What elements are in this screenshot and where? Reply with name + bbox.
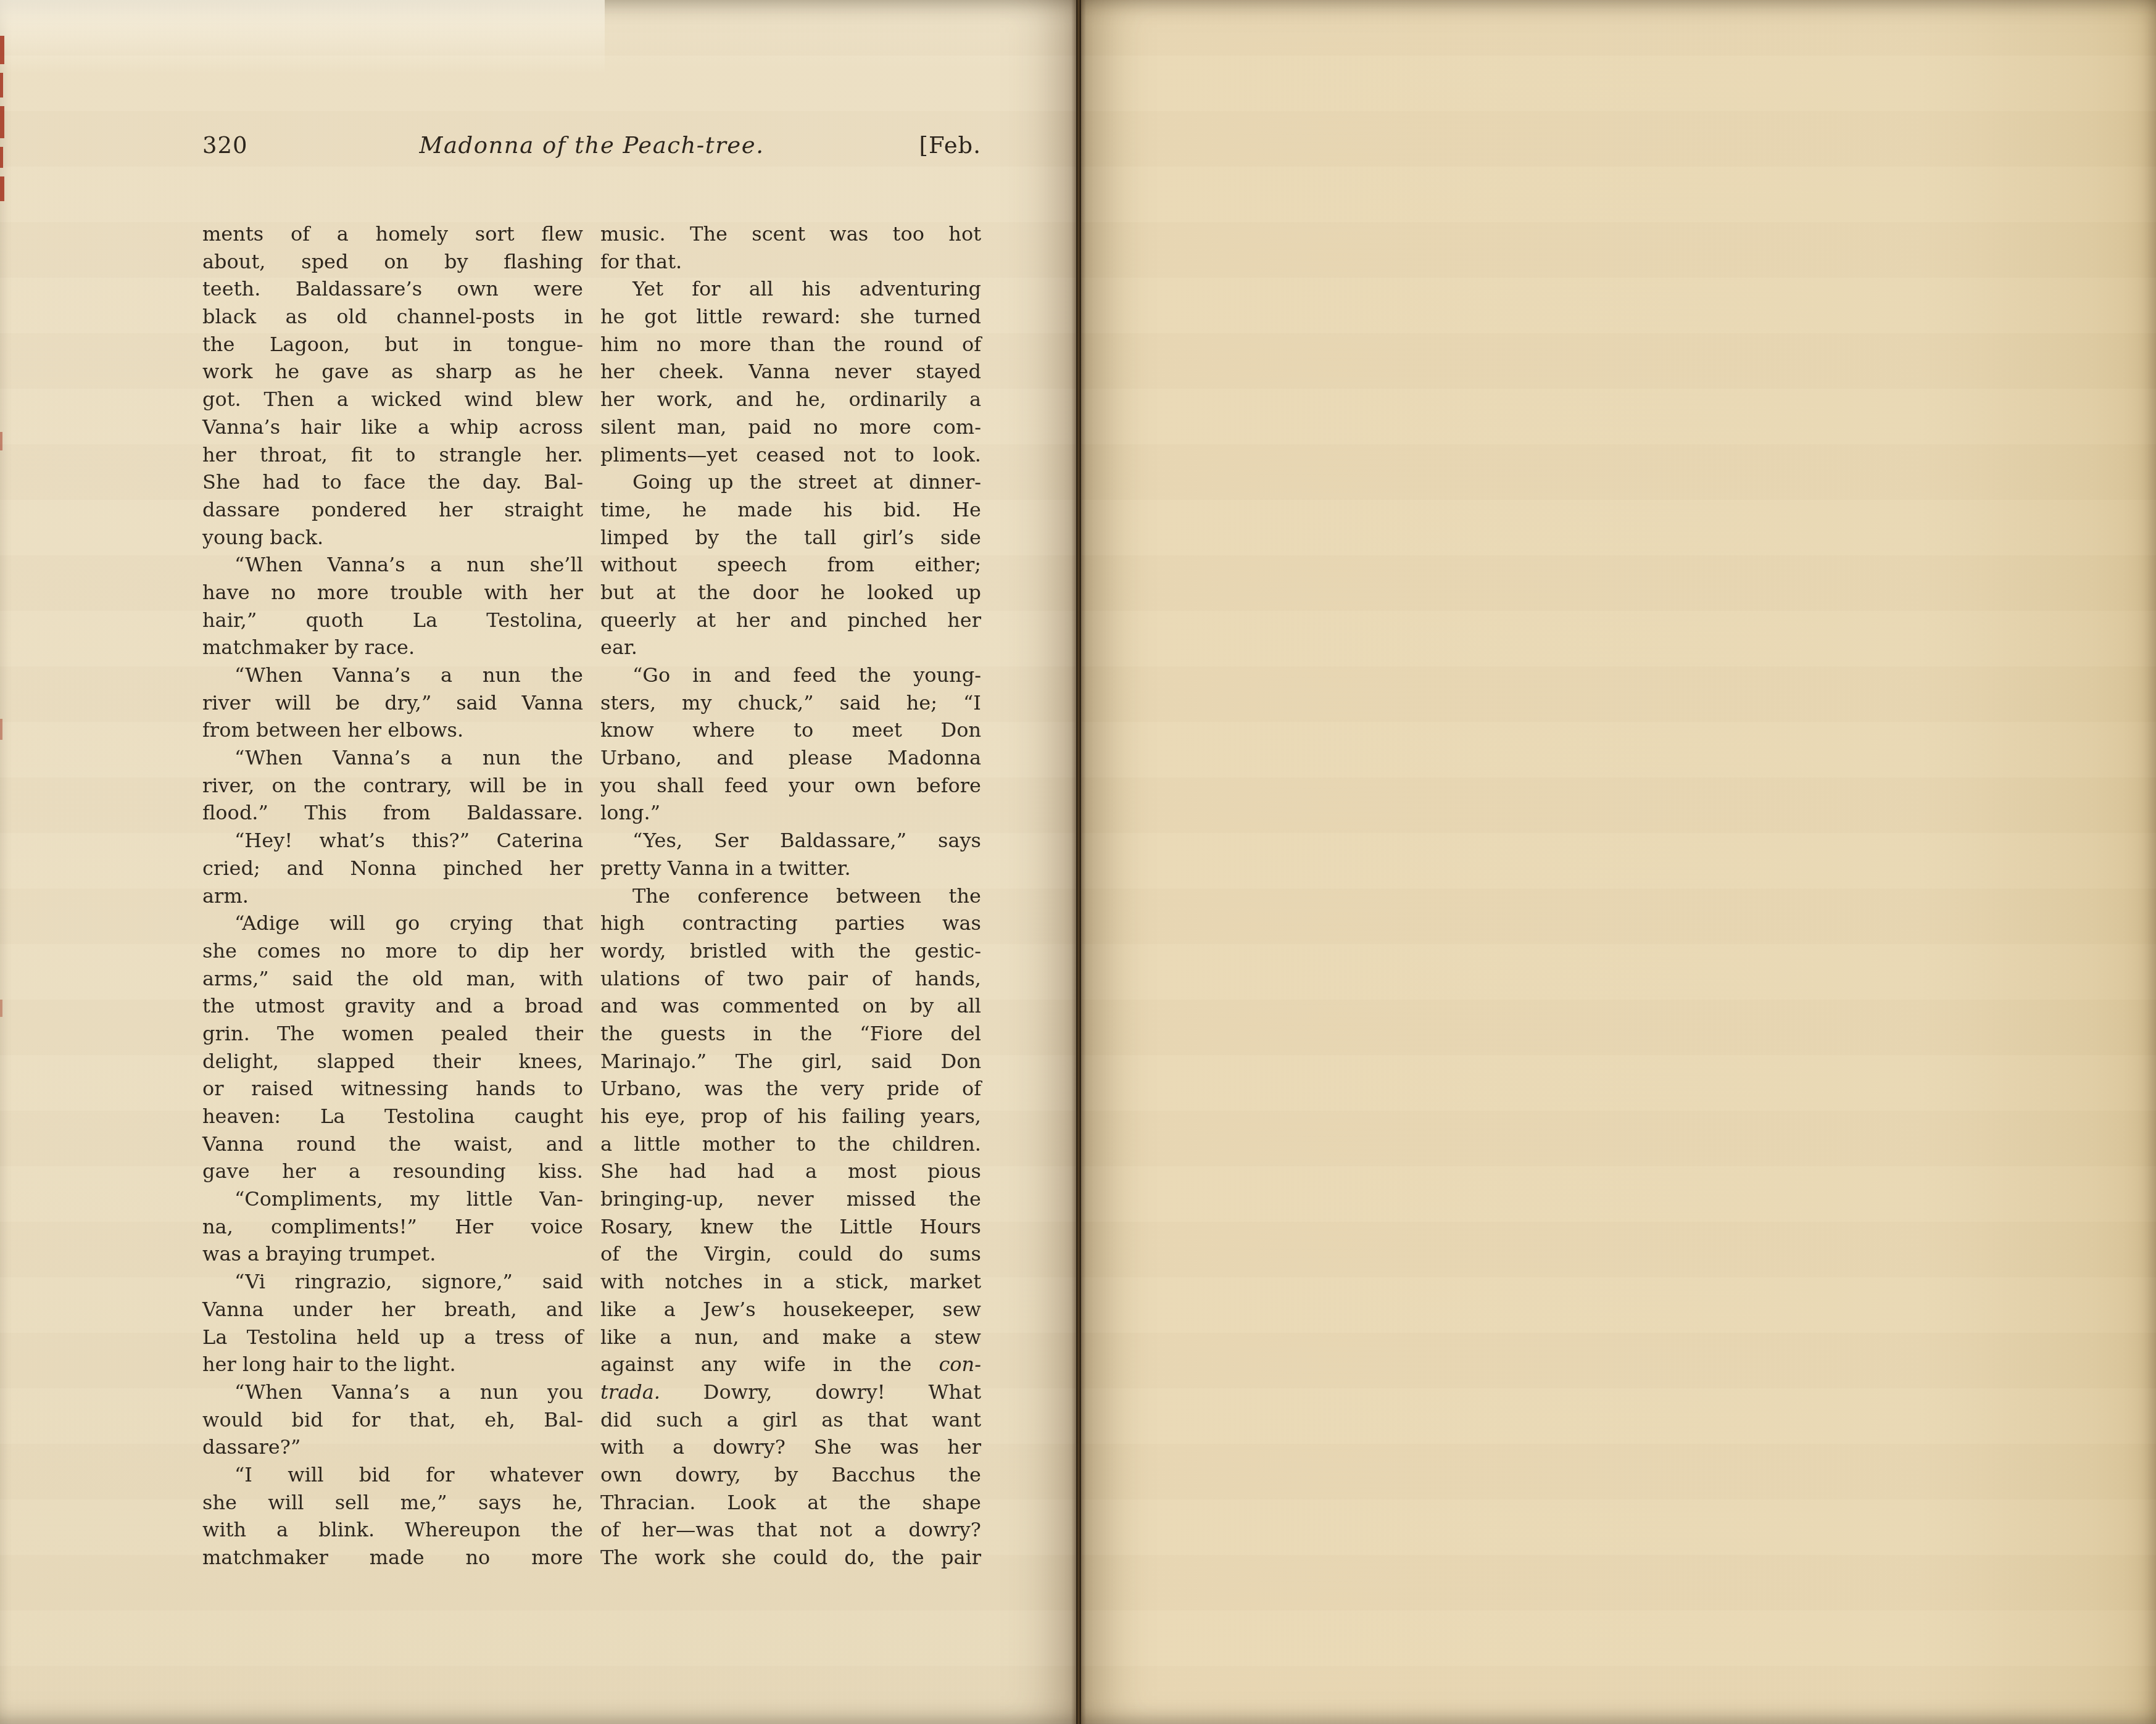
text-line: know where to meet Don — [600, 716, 981, 744]
text-line: “Yes, Ser Baldassare,” says — [600, 827, 981, 855]
text-line: without speech from either; — [600, 551, 981, 579]
text-column: music. The scent was too hotfor that.Yet… — [600, 220, 981, 1572]
text-line: bringing-up, never missed the — [600, 1185, 981, 1213]
text-line: She had had a most pious — [600, 1158, 981, 1185]
text-line: arm. — [202, 882, 583, 910]
text-line: river, on the contrary, will be in — [202, 772, 583, 800]
text-line: na, compliments!” Her voice — [202, 1213, 583, 1241]
text-line: Vanna under her breath, and — [202, 1296, 583, 1324]
text-line: grin. The women pealed their — [202, 1020, 583, 1048]
book-gutter — [1071, 0, 1086, 1724]
text-line: music. The scent was too hot — [600, 220, 981, 248]
text-line: river will be dry,” said Vanna — [202, 689, 583, 717]
scan-light-artifact — [0, 0, 605, 74]
text-line: for that. — [600, 248, 981, 276]
running-title: Madonna of the Peach-tree. — [420, 132, 765, 159]
text-line: against any wife in the con- — [600, 1351, 981, 1378]
text-line: sters, my chuck,” said he; “I — [600, 689, 981, 717]
text-line: about, sped on by flashing — [202, 248, 583, 276]
text-line: “I will bid for whatever — [202, 1461, 583, 1489]
text-line: “When Vanna’s a nun she’ll — [202, 551, 583, 579]
text-line: with a dowry? She was her — [600, 1433, 981, 1461]
page-right: 1899.] Madonna of the Peach-tree. 321 of… — [1081, 0, 2156, 1724]
text-line: La Testolina held up a tress of — [202, 1324, 583, 1351]
text-line: would bid for that, eh, Bal- — [202, 1406, 583, 1434]
text-line: Urbano, and please Madonna — [600, 744, 981, 772]
text-line: Going up the street at dinner- — [600, 468, 981, 496]
red-edge-mark — [0, 106, 4, 138]
text-line: wordy, bristled with the gestic- — [600, 937, 981, 965]
text-line: Urbano, was the very pride of — [600, 1075, 981, 1103]
text-line: the Lagoon, but in tongue- — [202, 331, 583, 358]
text-line: cried; and Nonna pinched her — [202, 855, 583, 882]
text-line: she comes no more to dip her — [202, 937, 583, 965]
text-line: ulations of two pair of hands, — [600, 965, 981, 993]
text-line: The work she could do, the pair — [600, 1544, 981, 1572]
text-line: Yet for all his adventuring — [600, 275, 981, 303]
text-line: “Go in and feed the young- — [600, 661, 981, 689]
text-line: from between her elbows. — [202, 716, 583, 744]
text-line: queerly at her and pinched her — [600, 607, 981, 634]
text-line: arms,” said the old man, with — [202, 965, 583, 993]
text-line: matchmaker by race. — [202, 634, 583, 661]
text-line: flood.” This from Baldassare. — [202, 799, 583, 827]
running-head: 320 Madonna of the Peach-tree. [Feb. — [202, 132, 981, 159]
text-line: long.” — [600, 799, 981, 827]
red-edge-mark — [0, 1000, 2, 1017]
text-line: trada. Dowry, dowry! What — [600, 1378, 981, 1406]
text-line: silent man, paid no more com- — [600, 413, 981, 441]
text-line: got. Then a wicked wind blew — [202, 386, 583, 413]
text-line: She had to face the day. Bal- — [202, 468, 583, 496]
red-edge-mark — [0, 36, 4, 64]
text-line: hair,” quoth La Testolina, — [202, 607, 583, 634]
text-line: “When Vanna’s a nun you — [202, 1378, 583, 1406]
text-line: with notches in a stick, market — [600, 1268, 981, 1296]
text-line: did such a girl as that want — [600, 1406, 981, 1434]
issue-date: [Feb. — [764, 132, 981, 159]
red-edge-mark — [0, 73, 3, 97]
text-line: “Compliments, my little Van- — [202, 1185, 583, 1213]
text-line: time, he made his bid. He — [600, 496, 981, 524]
text-line: dassare pondered her straight — [202, 496, 583, 524]
text-line: “When Vanna’s a nun the — [202, 661, 583, 689]
text-line: dassare?” — [202, 1433, 583, 1461]
text-line: pliments—yet ceased not to look. — [600, 441, 981, 469]
text-line: “When Vanna’s a nun the — [202, 744, 583, 772]
text-column: ments of a homely sort flewabout, sped o… — [202, 220, 583, 1572]
text-line: he got little reward: she turned — [600, 303, 981, 331]
text-columns: ments of a homely sort flewabout, sped o… — [202, 220, 981, 1572]
text-line: of the Virgin, could do sums — [600, 1240, 981, 1268]
text-line: her throat, fit to strangle her. — [202, 441, 583, 469]
text-line: Thracian. Look at the shape — [600, 1489, 981, 1517]
red-edge-mark — [0, 719, 2, 740]
text-line: you shall feed your own before — [600, 772, 981, 800]
text-line: Vanna’s hair like a whip across — [202, 413, 583, 441]
text-line: ear. — [600, 634, 981, 661]
text-line: high contracting parties was — [600, 910, 981, 937]
text-line: her long hair to the light. — [202, 1351, 583, 1378]
text-line: her work, and he, ordinarily a — [600, 386, 981, 413]
text-line: Marinajo.” The girl, said Don — [600, 1048, 981, 1075]
text-line: like a Jew’s housekeeper, sew — [600, 1296, 981, 1324]
text-line: like a nun, and make a stew — [600, 1324, 981, 1351]
text-line: but at the door he looked up — [600, 579, 981, 607]
text-line: young back. — [202, 524, 583, 552]
text-line: or raised witnessing hands to — [202, 1075, 583, 1103]
page-left: 320 Madonna of the Peach-tree. [Feb. men… — [0, 0, 1076, 1724]
red-edge-mark — [0, 176, 4, 201]
text-line: ments of a homely sort flew — [202, 220, 583, 248]
red-edge-mark — [0, 432, 2, 450]
text-line: The conference between the — [600, 882, 981, 910]
text-line: was a braying trumpet. — [202, 1240, 583, 1268]
text-line: work he gave as sharp as he — [202, 358, 583, 386]
text-line: her cheek. Vanna never stayed — [600, 358, 981, 386]
text-line: and was commented on by all — [600, 992, 981, 1020]
text-line: gave her a resounding kiss. — [202, 1158, 583, 1185]
text-line: teeth. Baldassare’s own were — [202, 275, 583, 303]
text-line: “Hey! what’s this?” Caterina — [202, 827, 583, 855]
text-line: the utmost gravity and a broad — [202, 992, 583, 1020]
text-line: heaven: La Testolina caught — [202, 1103, 583, 1130]
page-number: 320 — [202, 132, 420, 159]
text-line: Rosary, knew the Little Hours — [600, 1213, 981, 1241]
red-edge-mark — [0, 147, 3, 168]
text-line: delight, slapped their knees, — [202, 1048, 583, 1075]
text-line: of her—was that not a dowry? — [600, 1516, 981, 1544]
text-line: him no more than the round of — [600, 331, 981, 358]
text-line: a little mother to the children. — [600, 1130, 981, 1158]
text-line: his eye, prop of his failing years, — [600, 1103, 981, 1130]
text-line: pretty Vanna in a twitter. — [600, 855, 981, 882]
text-line: own dowry, by Bacchus the — [600, 1461, 981, 1489]
text-line: with a blink. Whereupon the — [202, 1516, 583, 1544]
text-line: limped by the tall girl’s side — [600, 524, 981, 552]
page-left-content: 320 Madonna of the Peach-tree. [Feb. men… — [202, 132, 981, 1572]
text-line: matchmaker made no more — [202, 1544, 583, 1572]
text-line: “Adige will go crying that — [202, 910, 583, 937]
text-line: she will sell me,” says he, — [202, 1489, 583, 1517]
text-line: have no more trouble with her — [202, 579, 583, 607]
text-line: Vanna round the waist, and — [202, 1130, 583, 1158]
text-line: black as old channel-posts in — [202, 303, 583, 331]
text-line: “Vi ringrazio, signore,” said — [202, 1268, 583, 1296]
text-line: the guests in the “Fiore del — [600, 1020, 981, 1048]
book-scan: 320 Madonna of the Peach-tree. [Feb. men… — [0, 0, 2156, 1724]
